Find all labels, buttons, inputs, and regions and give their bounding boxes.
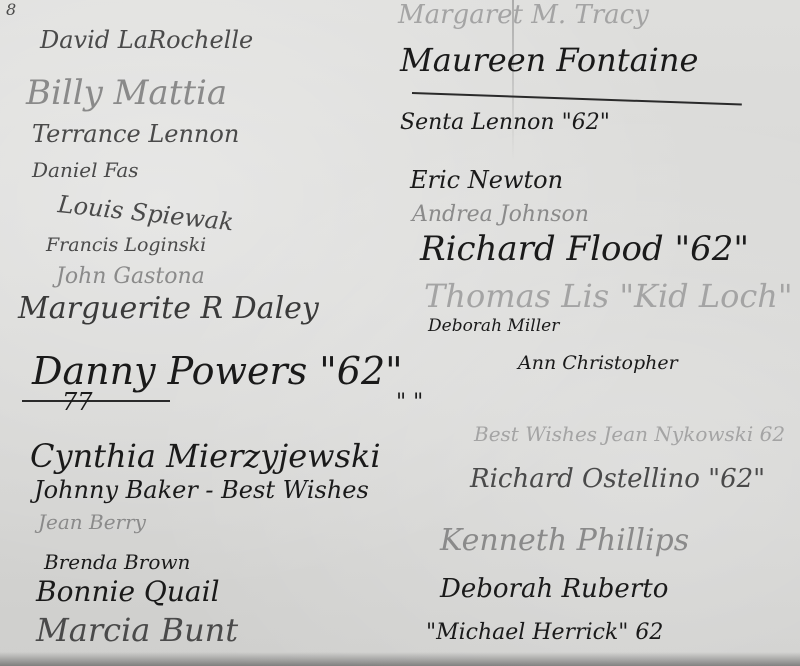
signature-cynthia-mierzyjewski: Cynthia Mierzyjewski (30, 440, 381, 472)
signature-daniel-fas: Daniel Fas (32, 160, 139, 180)
signature-deborah-ruberto: Deborah Ruberto (440, 576, 668, 602)
underline-danny-powers (22, 400, 170, 402)
yearbook-signature-page: 8 David LaRochelle Billy Mattia Terrance… (0, 0, 800, 666)
signature-billy-mattia: Billy Mattia (26, 76, 227, 110)
signature-deborah-miller: Deborah Miller (428, 318, 559, 335)
signature-danny-powers: Danny Powers "62" (32, 352, 403, 390)
signature-brenda-brown: Brenda Brown (44, 552, 190, 572)
signature-senta-lennon: Senta Lennon "62" (400, 112, 610, 134)
signature-johnny-baker: Johnny Baker - Best Wishes (34, 478, 369, 502)
signature-michael-herrick: "Michael Herrick" 62 (426, 622, 663, 644)
signature-andrea-johnson: Andrea Johnson (412, 204, 589, 226)
signature-best-wishes-nykowski: Best Wishes Jean Nykowski 62 (474, 424, 785, 444)
signature-eric-newton: Eric Newton (410, 168, 563, 192)
signature-bonnie-quail: Bonnie Quail (36, 578, 220, 606)
signature-francis-loginski: Francis Loginski (46, 236, 206, 255)
signature-richard-ostellino: Richard Ostellino "62" (470, 466, 765, 492)
signature-louis-spiewak: Louis Spiewak (57, 192, 235, 234)
signature-richard-flood: Richard Flood "62" (420, 232, 749, 266)
signature-terrance-lennon: Terrance Lennon (32, 122, 239, 146)
signature-margaret-tracy: Margaret M. Tracy (398, 2, 649, 28)
underline-maureen-fontaine (412, 92, 742, 106)
page-edge-shadow (0, 652, 800, 666)
signature-thomas-lis: Thomas Lis "Kid Loch" (424, 280, 793, 312)
signature-marcia-bunt: Marcia Bunt (36, 614, 238, 646)
signature-david-larochelle: David LaRochelle (40, 28, 253, 52)
signature-kenneth-phillips: Kenneth Phillips (440, 526, 689, 556)
page-number: 8 (6, 2, 16, 18)
signature-john-gastona: John Gastona (56, 266, 205, 288)
ditto-danny-powers: " " (396, 392, 423, 414)
signature-jean-berry: Jean Berry (38, 512, 146, 532)
signature-marguerite-daley: Marguerite R Daley (18, 294, 319, 324)
signature-maureen-fontaine: Maureen Fontaine (400, 44, 698, 76)
signature-ann-christopher: Ann Christopher (518, 354, 678, 373)
mark-danny-powers: 77 (62, 390, 93, 414)
